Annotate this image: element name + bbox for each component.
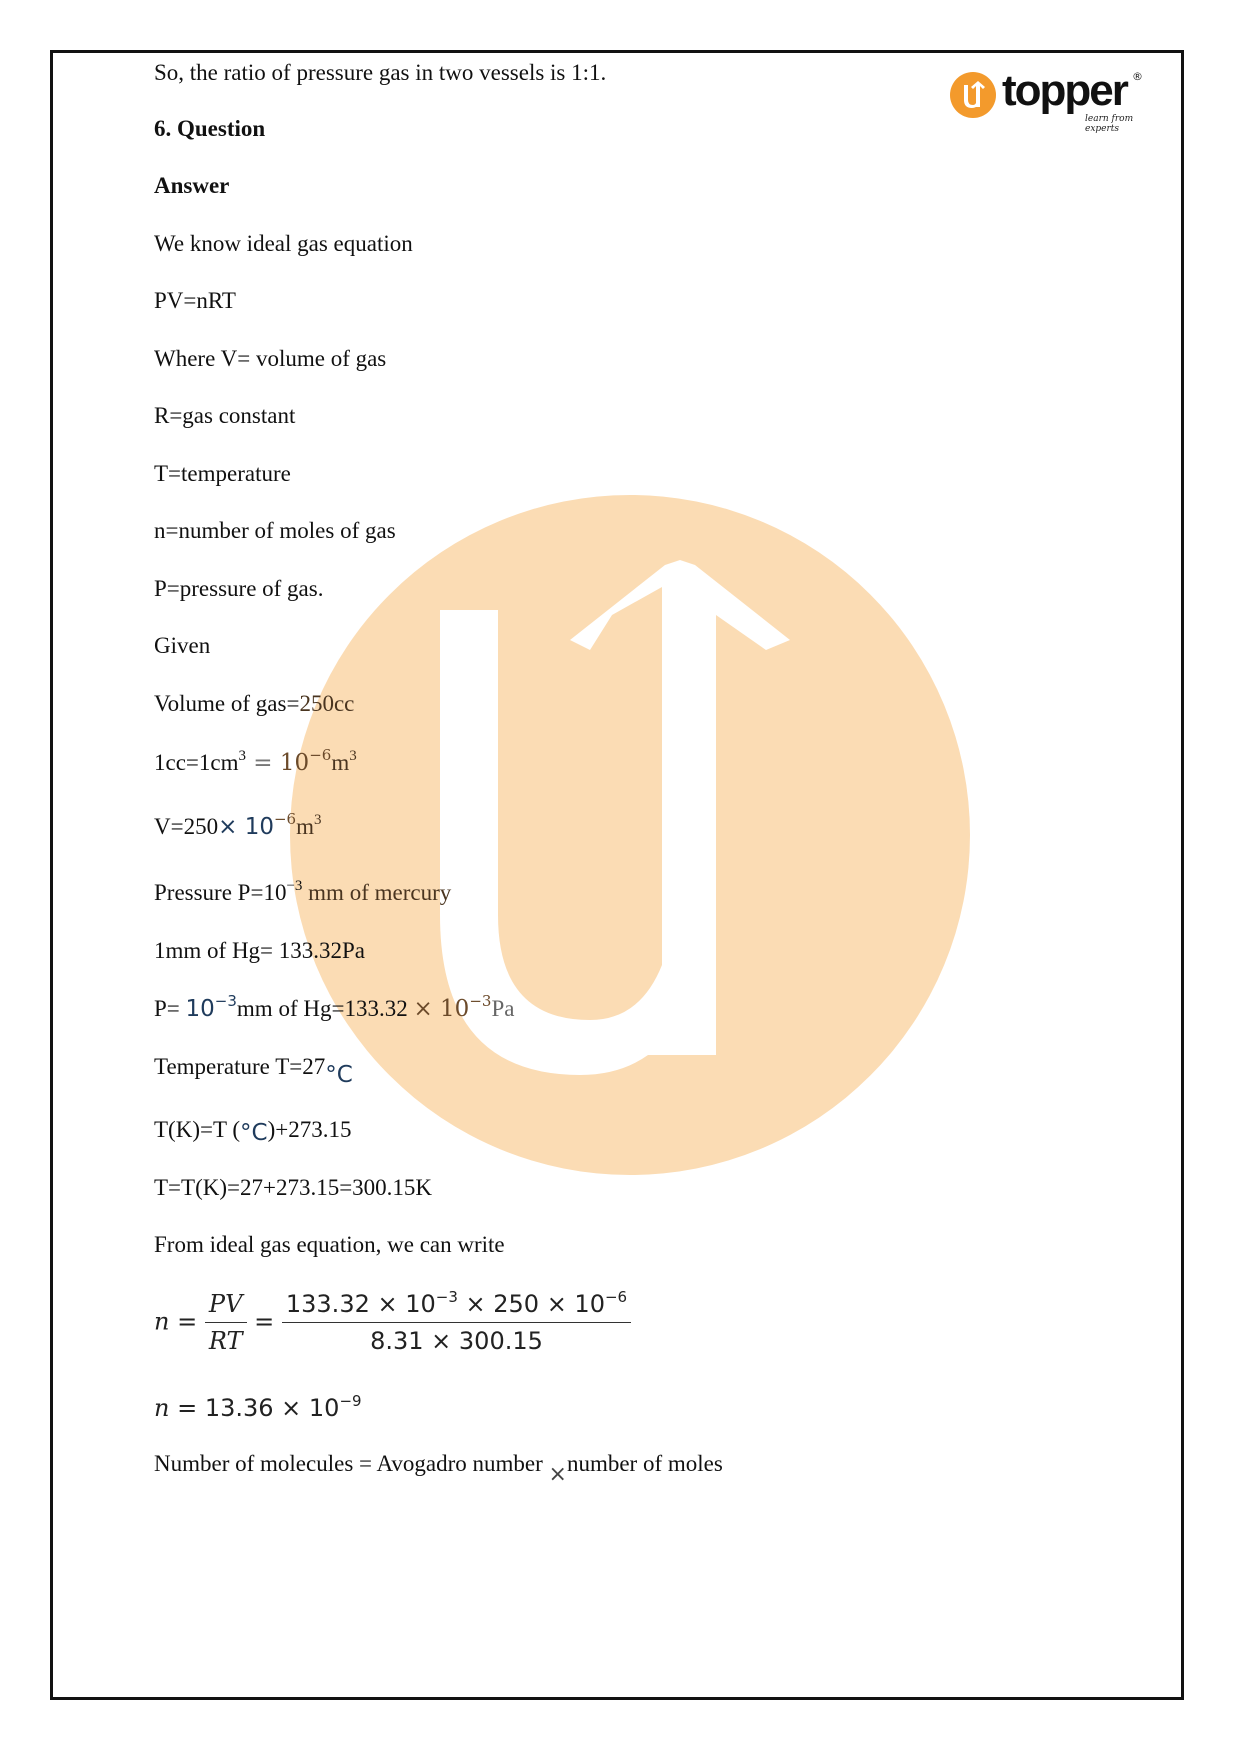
registered-mark: ®	[1132, 70, 1143, 83]
definition-n: n=number of moles of gas	[154, 518, 396, 544]
fraction-numeric: 133.32 × 10−3 × 250 × 10−68.31 × 300.15	[282, 1290, 631, 1355]
utopper-logo: topper ® learn from experts	[950, 70, 1150, 130]
volume-given: Volume of gas=250cc	[154, 691, 354, 717]
kelvin-calculation: T=T(K)=27+273.15=300.15K	[154, 1175, 432, 1201]
definition-r: R=gas constant	[154, 403, 295, 429]
fraction-pv-rt: PVRT	[205, 1290, 247, 1355]
definition-p: P=pressure of gas.	[154, 576, 323, 602]
logo-wordmark: topper	[1002, 66, 1127, 116]
moles-result: n = 13.36 × 10−9	[154, 1394, 362, 1422]
question-heading: 6. Question	[154, 116, 265, 142]
temperature-given: Temperature T=27°C	[154, 1054, 353, 1080]
volume-si: V=250× 10−6m3	[154, 814, 321, 840]
pressure-given: Pressure P=10−3 mm of mercury	[154, 880, 451, 906]
molecules-formula: Number of molecules = Avogadro number ×n…	[154, 1451, 723, 1477]
utopper-watermark-icon	[290, 495, 970, 1175]
kelvin-formula: T(K)=T (°C)+273.15	[154, 1117, 351, 1143]
hg-conversion: 1mm of Hg= 133.32Pa	[154, 938, 365, 964]
pressure-si: P= 10−3mm of Hg=133.32 × 10−3Pa	[154, 996, 514, 1022]
ideal-gas-equation: PV=nRT	[154, 288, 236, 314]
logo-arrow-icon	[950, 72, 996, 118]
cc-conversion: 1cc=1cm3 = 10−6m3	[154, 750, 357, 776]
intro-line: So, the ratio of pressure gas in two ves…	[154, 60, 606, 86]
multiply-icon: ×	[549, 1462, 567, 1487]
definition-v: Where V= volume of gas	[154, 346, 386, 372]
ideal-gas-intro: We know ideal gas equation	[154, 231, 413, 257]
moles-equation: n = PVRT = 133.32 × 10−3 × 250 × 10−68.3…	[154, 1290, 631, 1355]
answer-heading: Answer	[154, 173, 229, 199]
given-label: Given	[154, 633, 210, 659]
definition-t: T=temperature	[154, 461, 291, 487]
logo-tagline: learn from experts	[1085, 114, 1150, 134]
from-ideal-gas: From ideal gas equation, we can write	[154, 1232, 505, 1258]
